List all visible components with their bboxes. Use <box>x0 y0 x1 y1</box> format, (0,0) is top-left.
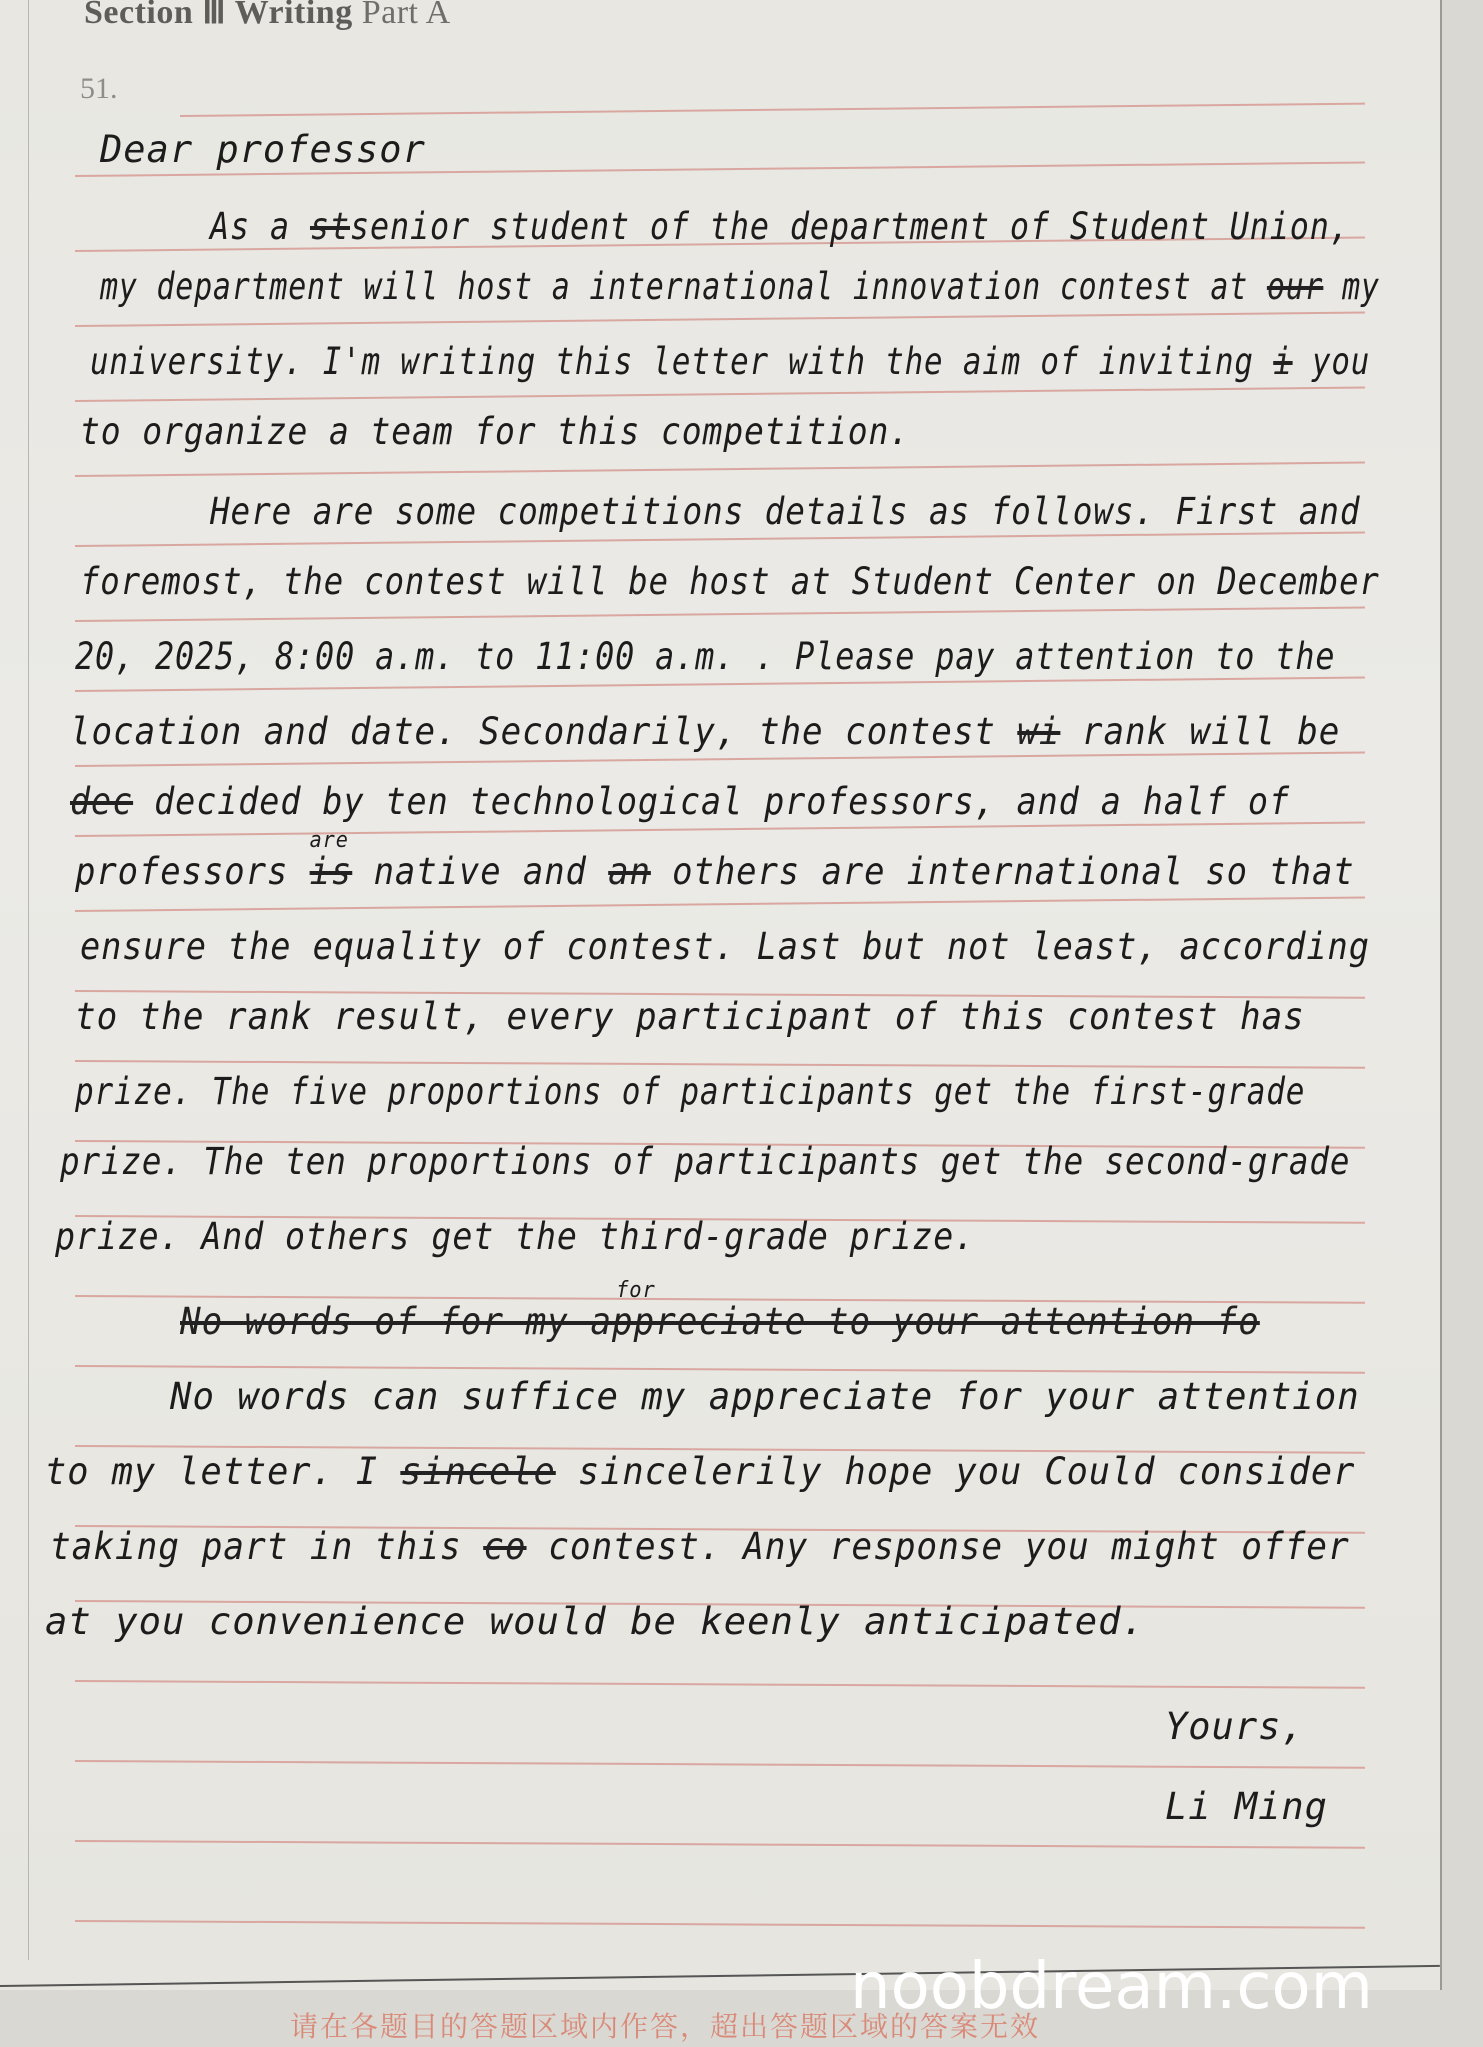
letter-line: As a stsenior student of the department … <box>210 205 1350 248</box>
struck-text: sincele <box>400 1450 555 1493</box>
letter-text: prize. The ten proportions of participan… <box>60 1140 1350 1183</box>
struck-text: i <box>1273 340 1292 383</box>
letter-line: prize. The five proportions of participa… <box>75 1070 1305 1113</box>
letter-line: foremost, the contest will be host at St… <box>80 560 1380 603</box>
letter-line: prize. And others get the third-grade pr… <box>55 1215 975 1258</box>
letter-text: to the rank result, every participant of… <box>75 995 1305 1038</box>
correction: No words of for my appreciate to your at… <box>180 1300 1260 1343</box>
struck-text: No words of for my appreciate to your at… <box>180 1300 1260 1343</box>
correction: st <box>310 205 350 248</box>
answer-sheet: Section Ⅲ Writing Part A 51. Dear profes… <box>0 0 1442 1990</box>
letter-line: to my letter. I sincele sincelerily hope… <box>45 1450 1355 1493</box>
letter-text: professors <box>75 850 310 893</box>
letter-text: to my letter. I <box>45 1450 400 1493</box>
correction: i <box>1273 340 1292 383</box>
letter-text: university. I'm writing this letter with… <box>90 340 1273 383</box>
inserted-text: for <box>616 1278 656 1303</box>
letter-text: Here are some competitions details as fo… <box>210 490 1360 533</box>
letter-line: location and date. Secondarily, the cont… <box>70 710 1340 753</box>
letter-text: to organize a team for this competition. <box>80 410 910 453</box>
correction: an <box>608 850 651 893</box>
section-title-bold: Section Ⅲ Writing <box>84 0 353 31</box>
letter-text: No words can suffice my appreciate for y… <box>170 1375 1360 1418</box>
correction: sincele <box>400 1450 555 1493</box>
letter-line: at you convenience would be keenly antic… <box>45 1600 1145 1643</box>
letter-text: sincelerily hope you Could consider <box>556 1450 1355 1493</box>
correction: co <box>483 1525 526 1568</box>
letter-line: 20, 2025, 8:00 a.m. to 11:00 a.m. . Plea… <box>75 635 1335 678</box>
struck-text: co <box>483 1525 526 1568</box>
letter-text: my department will host a international … <box>100 265 1267 308</box>
struck-text: wi <box>1017 710 1060 753</box>
letter-text: others are international so that <box>651 850 1355 893</box>
letter-text: senior student of the department of Stud… <box>350 205 1350 248</box>
letter-text: contest. Any response you might offer <box>527 1525 1350 1568</box>
letter-line: my department will host a international … <box>100 265 1380 308</box>
letter-line: Here are some competitions details as fo… <box>210 490 1360 533</box>
section-title: Section Ⅲ Writing Part A <box>84 0 451 32</box>
letter-text: you <box>1293 340 1371 383</box>
letter-text: prize. And others get the third-grade pr… <box>55 1215 975 1258</box>
inserted-text: are <box>310 828 349 853</box>
struck-text: dec <box>70 780 133 823</box>
letter-text: native and <box>352 850 608 893</box>
section-title-part: Part A <box>362 0 451 31</box>
closing: Yours, <box>1165 1705 1305 1748</box>
struck-text: is <box>310 850 353 893</box>
correction: dec <box>70 780 133 823</box>
letter-text: location and date. Secondarily, the cont… <box>70 710 1017 753</box>
letter-line: prize. The ten proportions of participan… <box>60 1140 1350 1183</box>
salutation: Dear professor <box>100 128 426 171</box>
letter-text: my <box>1323 265 1379 308</box>
signature: Li Ming <box>1165 1785 1328 1828</box>
letter-text: prize. The five proportions of participa… <box>75 1070 1305 1113</box>
letter-line: ensure the equality of contest. Last but… <box>80 925 1370 968</box>
letter-line: No words can suffice my appreciate for y… <box>170 1375 1360 1418</box>
letter-text: ensure the equality of contest. Last but… <box>80 925 1370 968</box>
question-number: 51. <box>80 72 118 106</box>
letter-text: rank will be <box>1060 710 1340 753</box>
letter-line: university. I'm writing this letter with… <box>90 340 1370 383</box>
letter-line: to organize a team for this competition. <box>80 410 910 453</box>
struck-text: our <box>1267 265 1323 308</box>
letter-text: decided by ten technological professors,… <box>133 780 1290 823</box>
correction: our <box>1267 265 1323 308</box>
watermark: noobdream.com <box>850 1950 1373 2024</box>
letter-line: taking part in this co contest. Any resp… <box>50 1525 1350 1568</box>
struck-text: an <box>608 850 651 893</box>
letter-text: at you convenience would be keenly antic… <box>45 1600 1145 1643</box>
letter-line: No words of for my appreciate to your at… <box>180 1300 1260 1343</box>
correction: isare <box>310 850 353 893</box>
struck-text: st <box>310 205 350 248</box>
letter-text: foremost, the contest will be host at St… <box>80 560 1380 603</box>
letter-line: to the rank result, every participant of… <box>75 995 1305 1038</box>
letter-line: dec decided by ten technological profess… <box>70 780 1290 823</box>
correction: wi <box>1017 710 1060 753</box>
letter-text: As a <box>210 205 310 248</box>
letter-line: professors isare native and an others ar… <box>75 850 1355 893</box>
letter-text: 20, 2025, 8:00 a.m. to 11:00 a.m. . Plea… <box>75 635 1335 678</box>
letter-text: taking part in this <box>50 1525 483 1568</box>
